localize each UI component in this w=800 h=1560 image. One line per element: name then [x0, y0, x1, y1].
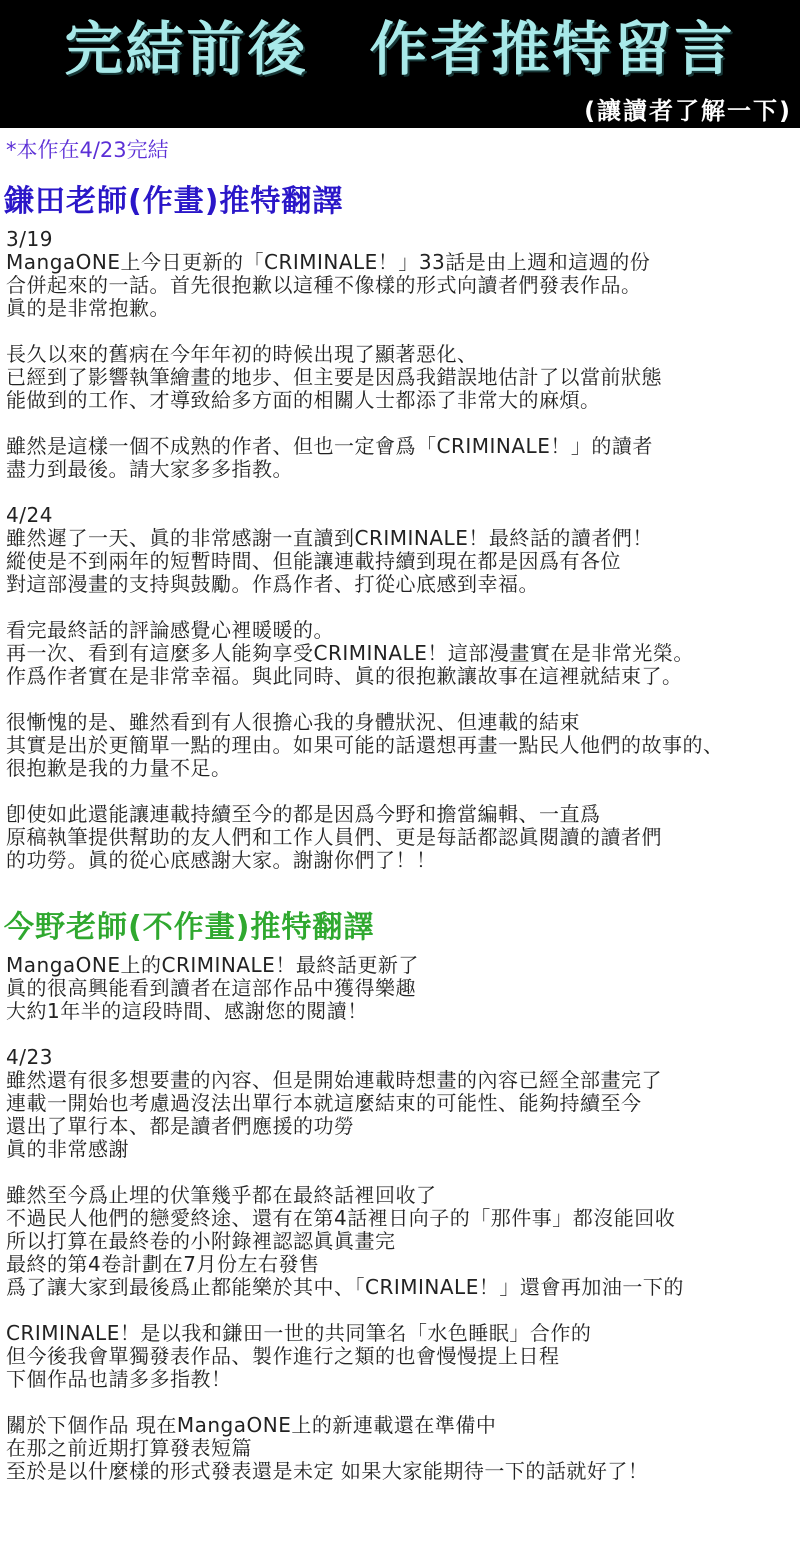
tweet-line: 已經到了影響執筆繪畫的地步、但主要是因爲我錯誤地估計了以當前狀態 — [0, 366, 800, 389]
tweet-line: 雖然遲了一天、眞的非常感謝一直讀到CRIMINALE！最終話的讀者們！ — [0, 527, 800, 550]
tweet-date: 4/23 — [0, 1046, 800, 1069]
tweet-line: 對這部漫畫的支持與鼓勵。作爲作者、打從心底感到幸福。 — [0, 573, 800, 596]
tweet-block: 雖然至今爲止埋的伏筆幾乎都在最終話裡回收了不過民人他們的戀愛終途、還有在第4話裡… — [0, 1184, 800, 1299]
tweet-sections: 鎌田老師(作畫)推特翻譯3/19MangaONE上今日更新的「CRIMINALE… — [0, 176, 800, 1483]
banner-title: 完結前後 作者推特留言 — [0, 0, 800, 82]
tweet-line: 其實是出於更簡單一點的理由。如果可能的話還想再畫一點民人他們的故事的、 — [0, 734, 800, 757]
tweet-section-kamata: 鎌田老師(作畫)推特翻譯3/19MangaONE上今日更新的「CRIMINALE… — [0, 176, 800, 872]
tweet-line: 盡力到最後。請大家多多指教。 — [0, 458, 800, 481]
tweet-block: 卽使如此還能讓連載持續至今的都是因爲今野和擔當編輯、一直爲原稿執筆提供幫助的友人… — [0, 803, 800, 872]
banner-subtitle: (讓讀者了解一下) — [584, 91, 792, 126]
tweet-line: MangaONE上今日更新的「CRIMINALE！」33話是由上週和這週的份 — [0, 251, 800, 274]
tweet-line: 很慚愧的是、雖然看到有人很擔心我的身體狀況、但連載的結束 — [0, 711, 800, 734]
tweet-line: 眞的很高興能看到讀者在這部作品中獲得樂趣 — [0, 977, 800, 1000]
section-heading: 今野老師(不作畫)推特翻譯 — [4, 902, 800, 946]
tweet-line: 不過民人他們的戀愛終途、還有在第4話裡日向子的「那件事」都沒能回收 — [0, 1207, 800, 1230]
tweet-line: 雖然是這樣一個不成熟的作者、但也一定會爲「CRIMINALE！」的讀者 — [0, 435, 800, 458]
tweet-block: 關於下個作品 現在MangaONE上的新連載還在準備中在那之前近期打算發表短篇至… — [0, 1414, 800, 1483]
tweet-section-konno: 今野老師(不作畫)推特翻譯MangaONE上的CRIMINALE！最終話更新了眞… — [0, 902, 800, 1483]
section-heading: 鎌田老師(作畫)推特翻譯 — [4, 176, 800, 220]
completion-note: *本作在4/23完結 — [6, 137, 800, 163]
page: 完結前後 作者推特留言 (讓讀者了解一下) *本作在4/23完結 鎌田老師(作畫… — [0, 0, 800, 1560]
tweet-line: 很抱歉是我的力量不足。 — [0, 757, 800, 780]
tweet-date: 3/19 — [0, 228, 800, 251]
tweet-line: 大約1年半的這段時間、感謝您的閱讀！ — [0, 1000, 800, 1023]
tweet-date: 4/24 — [0, 504, 800, 527]
tweet-line: 作爲作者實在是非常幸福。與此同時、眞的很抱歉讓故事在這裡就結束了。 — [0, 665, 800, 688]
tweet-block: 4/23雖然還有很多想要畫的內容、但是開始連載時想畫的內容已經全部畫完了連載一開… — [0, 1046, 800, 1161]
tweet-line: MangaONE上的CRIMINALE！最終話更新了 — [0, 954, 800, 977]
tweet-line: 連載一開始也考慮過沒法出單行本就這麼結束的可能性、能夠持續至今 — [0, 1092, 800, 1115]
tweet-block: MangaONE上的CRIMINALE！最終話更新了眞的很高興能看到讀者在這部作… — [0, 954, 800, 1023]
tweet-line: 眞的非常感謝 — [0, 1138, 800, 1161]
tweet-block: 看完最終話的評論感覺心裡暖暖的。再一次、看到有這麼多人能夠享受CRIMINALE… — [0, 619, 800, 688]
tweet-block: 雖然是這樣一個不成熟的作者、但也一定會爲「CRIMINALE！」的讀者盡力到最後… — [0, 435, 800, 481]
tweet-block: 4/24雖然遲了一天、眞的非常感謝一直讀到CRIMINALE！最終話的讀者們！縱… — [0, 504, 800, 596]
tweet-line: 能做到的工作、才導致給多方面的相關人士都添了非常大的麻煩。 — [0, 389, 800, 412]
tweet-block: 3/19MangaONE上今日更新的「CRIMINALE！」33話是由上週和這週… — [0, 228, 800, 320]
tweet-line: 原稿執筆提供幫助的友人們和工作人員們、更是每話都認眞閱讀的讀者們 — [0, 826, 800, 849]
tweet-line: CRIMINALE！是以我和鎌田一世的共同筆名「水色睡眠」合作的 — [0, 1322, 800, 1345]
tweet-line: 至於是以什麼樣的形式發表還是未定 如果大家能期待一下的話就好了！ — [0, 1460, 800, 1483]
tweet-line: 但今後我會單獨發表作品、製作進行之類的也會慢慢提上日程 — [0, 1345, 800, 1368]
tweet-line: 縱使是不到兩年的短暫時間、但能讓連載持續到現在都是因爲有各位 — [0, 550, 800, 573]
tweet-line: 所以打算在最終卷的小附錄裡認認眞眞畫完 — [0, 1230, 800, 1253]
tweet-line: 合併起來的一話。首先很抱歉以這種不像樣的形式向讀者們發表作品。 — [0, 274, 800, 297]
tweet-line: 在那之前近期打算發表短篇 — [0, 1437, 800, 1460]
tweet-line: 看完最終話的評論感覺心裡暖暖的。 — [0, 619, 800, 642]
tweet-line: 長久以來的舊病在今年年初的時候出現了顯著惡化、 — [0, 343, 800, 366]
tweet-line: 爲了讓大家到最後爲止都能樂於其中、「CRIMINALE！」還會再加油一下的 — [0, 1276, 800, 1299]
tweet-line: 雖然至今爲止埋的伏筆幾乎都在最終話裡回收了 — [0, 1184, 800, 1207]
tweet-block: 很慚愧的是、雖然看到有人很擔心我的身體狀況、但連載的結束其實是出於更簡單一點的理… — [0, 711, 800, 780]
tweet-block: CRIMINALE！是以我和鎌田一世的共同筆名「水色睡眠」合作的但今後我會單獨發… — [0, 1322, 800, 1391]
tweet-line: 雖然還有很多想要畫的內容、但是開始連載時想畫的內容已經全部畫完了 — [0, 1069, 800, 1092]
tweet-line: 的功勞。眞的從心底感謝大家。謝謝你們了！！ — [0, 849, 800, 872]
tweet-line: 眞的是非常抱歉。 — [0, 297, 800, 320]
tweet-line: 還出了單行本、都是讀者們應援的功勞 — [0, 1115, 800, 1138]
tweet-line: 卽使如此還能讓連載持續至今的都是因爲今野和擔當編輯、一直爲 — [0, 803, 800, 826]
title-banner: 完結前後 作者推特留言 (讓讀者了解一下) — [0, 0, 800, 128]
tweet-line: 下個作品也請多多指教！ — [0, 1368, 800, 1391]
tweet-line: 再一次、看到有這麼多人能夠享受CRIMINALE！這部漫畫實在是非常光榮。 — [0, 642, 800, 665]
tweet-block: 長久以來的舊病在今年年初的時候出現了顯著惡化、已經到了影響執筆繪畫的地步、但主要… — [0, 343, 800, 412]
tweet-line: 關於下個作品 現在MangaONE上的新連載還在準備中 — [0, 1414, 800, 1437]
tweet-line: 最終的第4卷計劃在7月份左右發售 — [0, 1253, 800, 1276]
